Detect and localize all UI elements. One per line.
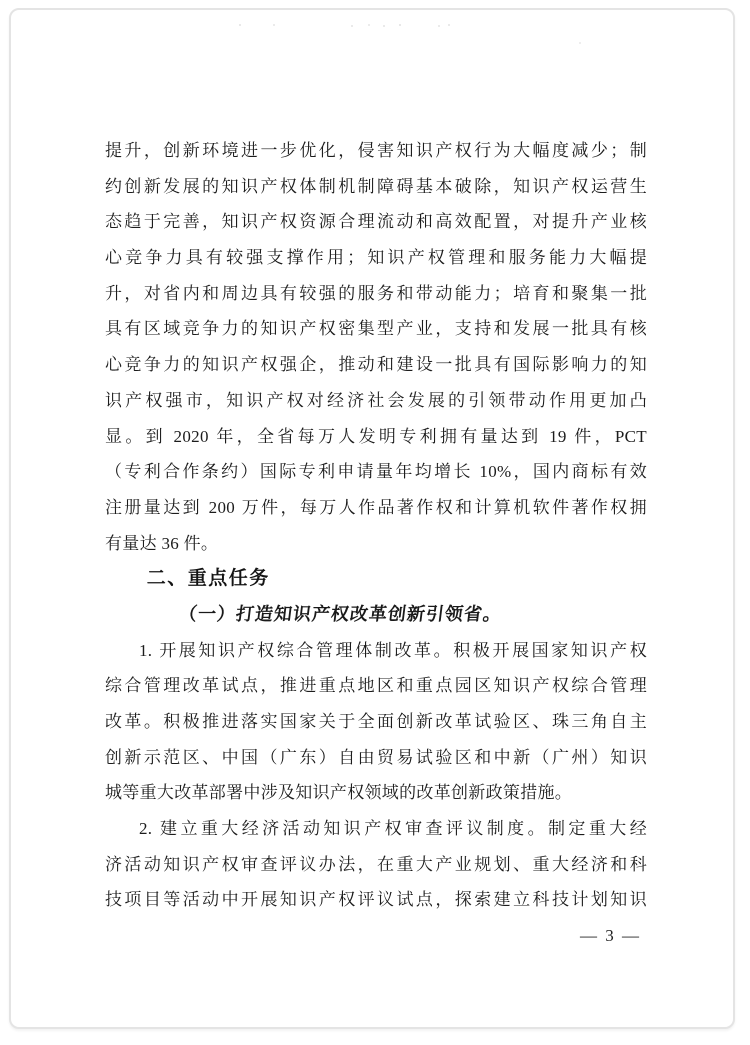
body-line: 城等重大改革部署中涉及知识产权领域的改革创新政策措施。 <box>105 775 647 811</box>
body-line: 心竞争力具有较强支撑作用；知识产权管理和服务能力大幅提 <box>105 240 647 276</box>
numbered-paragraph-2: 2. 建立重大经济活动知识产权审查评议制度。制定重大经 济活动知识产权审查评议办… <box>105 811 647 918</box>
body-line: 显。到 2020 年，全省每万人发明专利拥有量达到 19 件，PCT <box>105 419 647 455</box>
body-line: （专利合作条约）国际专利申请量年均增长 10%，国内商标有效 <box>105 454 647 490</box>
continuation-paragraph: 提升，创新环境进一步优化，侵害知识产权行为大幅度减少；制 约创新发展的知识产权体… <box>105 133 647 561</box>
numbered-paragraph-1: 1. 开展知识产权综合管理体制改革。积极开展国家知识产权 综合管理改革试点，推进… <box>105 633 647 811</box>
body-line: 技项目等活动中开展知识产权评议试点，探索建立科技计划知识 <box>105 882 647 918</box>
body-line: 具有区域竞争力的知识产权密集型产业，支持和发展一批具有核 <box>105 311 647 347</box>
body-line: 心竞争力的知识产权强企，推动和建设一批具有国际影响力的知 <box>105 347 647 383</box>
section-heading: 二、重点任务 <box>105 561 647 597</box>
body-line: 2. 建立重大经济活动知识产权审查评议制度。制定重大经 <box>105 811 647 847</box>
body-line: 注册量达到 200 万件，每万人作品著作权和计算机软件著作权拥 <box>105 490 647 526</box>
body-line: 识产权强市，知识产权对经济社会发展的引领带动作用更加凸 <box>105 383 647 419</box>
body-line: 综合管理改革试点，推进重点地区和重点园区知识产权综合管理 <box>105 668 647 704</box>
body-line: 改革。积极推进落实国家关于全面创新改革试验区、珠三角自主 <box>105 704 647 740</box>
body-line: 提升，创新环境进一步优化，侵害知识产权行为大幅度减少；制 <box>105 133 647 169</box>
scan-artifacts <box>239 24 241 26</box>
body-line: 升，对省内和周边具有较强的服务和带动能力；培育和聚集一批 <box>105 276 647 312</box>
body-line: 创新示范区、中国（广东）自由贸易试验区和中新（广州）知识 <box>105 740 647 776</box>
body-line: 济活动知识产权审查评议办法，在重大产业规划、重大经济和科 <box>105 847 647 883</box>
body-line: 态趋于完善，知识产权资源合理流动和高效配置，对提升产业核 <box>105 204 647 240</box>
page-number: — 3 — <box>105 918 647 954</box>
subsection-heading-text: （一）打造知识产权改革创新引领省。 <box>140 597 504 633</box>
body-line: 1. 开展知识产权综合管理体制改革。积极开展国家知识产权 <box>105 633 647 669</box>
body-line: 约创新发展的知识产权体制机制障碍基本破除，知识产权运营生 <box>105 169 647 205</box>
subsection-heading: （一）打造知识产权改革创新引领省。 <box>105 597 647 633</box>
body-line: 有量达 36 件。 <box>105 526 647 562</box>
document-body: 提升，创新环境进一步优化，侵害知识产权行为大幅度减少；制 约创新发展的知识产权体… <box>105 133 647 954</box>
